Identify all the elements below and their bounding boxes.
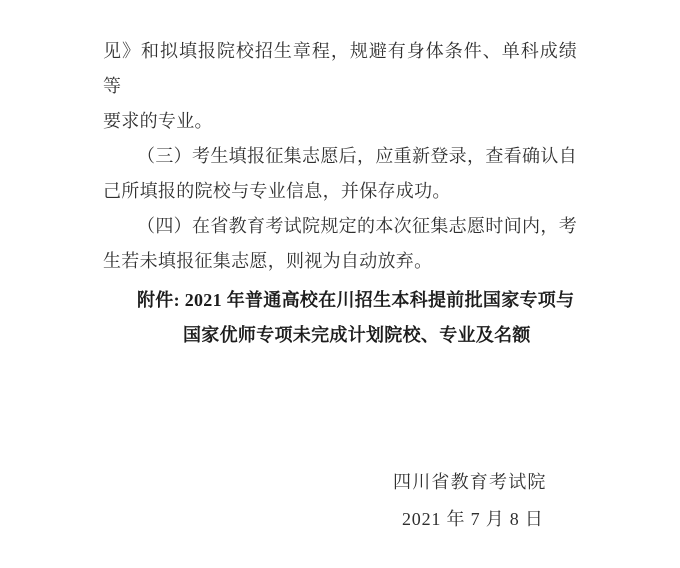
signature-date: 2021 年 7 月 8 日 xyxy=(402,507,544,531)
attachment-line-1: 附件: 2021 年普通高校在川招生本科提前批国家专项与 xyxy=(137,283,574,318)
body-line: 要求的专业。 xyxy=(103,104,577,139)
body-line: 见》和拟填报院校招生章程，规避有身体条件、单科成绩等 xyxy=(103,34,577,104)
document-body: 见》和拟填报院校招生章程，规避有身体条件、单科成绩等 要求的专业。 （三）考生填… xyxy=(103,34,577,279)
body-line: 己所填报的院校与专业信息，并保存成功。 xyxy=(103,174,577,209)
attachment-block: 附件: 2021 年普通高校在川招生本科提前批国家专项与 国家优师专项未完成计划… xyxy=(137,283,574,353)
signature-organization: 四川省教育考试院 xyxy=(393,468,547,496)
body-line-item-three: （三）考生填报征集志愿后，应重新登录，查看确认自 xyxy=(103,139,577,174)
body-line-item-four: （四）在省教育考试院规定的本次征集志愿时间内，考 xyxy=(103,209,577,244)
document-page: 见》和拟填报院校招生章程，规避有身体条件、单科成绩等 要求的专业。 （三）考生填… xyxy=(0,0,680,568)
body-line: 生若未填报征集志愿，则视为自动放弃。 xyxy=(103,244,577,279)
attachment-line-2: 国家优师专项未完成计划院校、专业及名额 xyxy=(137,318,574,353)
